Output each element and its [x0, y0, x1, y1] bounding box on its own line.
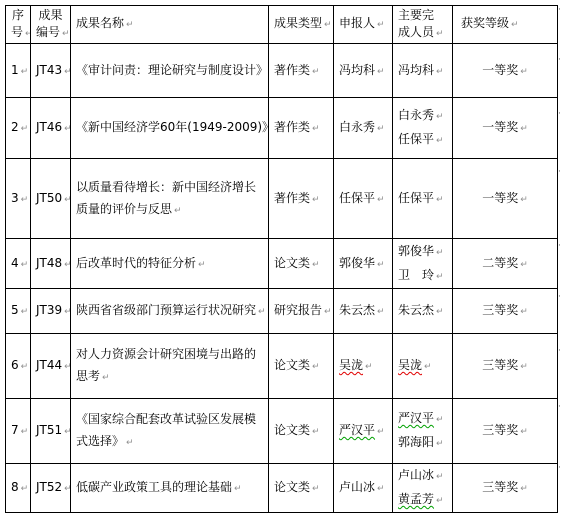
cell-code: JT50↵	[31, 159, 71, 239]
paragraph-mark-icon: ↵	[377, 484, 385, 494]
paragraph-mark-icon: ↵	[436, 67, 444, 77]
paragraph-mark-icon: ↵	[436, 136, 444, 146]
cell-name: 《新中国经济学60年(1949-2009)》↵	[71, 98, 269, 159]
header-row: 序 号↵ 成果 编号↵ 成果名称↵ 成果类型↵ 申报人↵ 主要完 成人员↵ 获奖…	[6, 6, 558, 44]
cell-award: 一等奖↵	[453, 98, 558, 159]
header-applicant: 申报人↵	[334, 6, 393, 44]
serial-text: 1	[11, 63, 19, 77]
paragraph-mark-icon: ↵	[324, 20, 332, 30]
name-text: 以质量看待增长：新中国经济增长	[76, 176, 263, 198]
paragraph-mark-icon: ↵	[436, 29, 444, 39]
paragraph-mark-icon: ↵	[377, 20, 385, 30]
cell-code: JT52↵	[31, 464, 71, 513]
applicant-text: 郭俊华	[339, 256, 375, 270]
paragraph-mark-icon: ↵	[234, 484, 242, 494]
paragraph-mark-icon: ↵	[312, 427, 320, 437]
name-text: 《国家综合配套改革试验区发展模	[76, 408, 263, 430]
paragraph-mark-icon: ↵	[126, 20, 134, 30]
paragraph-mark-icon: ↵	[520, 124, 528, 134]
header-text: 编号↵	[36, 24, 65, 43]
paragraph-mark-icon: ↵	[436, 472, 444, 482]
serial-text: 2	[11, 120, 19, 134]
paragraph-mark-icon: ↵	[102, 373, 110, 383]
completer-text: 任保平	[398, 191, 434, 205]
paragraph-mark-icon: ↵	[377, 260, 385, 270]
completer-text: 郭俊华	[398, 244, 434, 258]
paragraph-mark-icon: ↵	[21, 307, 29, 317]
type-text: 论文类	[274, 480, 310, 494]
code-text: JT44	[36, 358, 62, 372]
header-serial: 序 号↵	[6, 6, 31, 44]
award-text: 二等奖	[482, 256, 518, 270]
cell-serial: 1↵	[6, 44, 31, 98]
type-text: 著作类	[274, 120, 310, 134]
paragraph-mark-icon: ↵	[520, 362, 528, 372]
row-end-mark-icon: ·	[558, 349, 561, 353]
paragraph-mark-icon: ↵	[520, 427, 528, 437]
cell-award: 三等奖↵	[453, 399, 558, 464]
type-text: 著作类	[274, 63, 310, 77]
cell-name: 《国家综合配套改革试验区发展模 式选择》↵	[71, 399, 269, 464]
cell-completers: 任保平↵	[393, 159, 453, 239]
serial-text: 6	[11, 358, 19, 372]
serial-text: 7	[11, 423, 19, 437]
table-row: 1↵ JT43↵ 《审计问责：理论研究与制度设计》↵ 著作类↵ 冯均科↵ 冯均科…	[6, 44, 558, 98]
cell-serial: 8↵	[6, 464, 31, 513]
cell-type: 著作类↵	[269, 98, 334, 159]
applicant-text: 卢山冰	[339, 480, 375, 494]
completer-text: 任保平	[398, 132, 434, 146]
document-page: { "marks": { "paragraph": "↵", "row_end"…	[0, 0, 563, 515]
code-text: JT52	[36, 480, 62, 494]
name-text: 陕西省省级部门预算运行状况研究	[76, 303, 256, 317]
code-text: JT51	[36, 423, 62, 437]
cell-code: JT44↵	[31, 334, 71, 399]
cell-serial: 4↵	[6, 239, 31, 289]
cell-award: 一等奖↵	[453, 159, 558, 239]
table-row: 5↵ JT39↵ 陕西省省级部门预算运行状况研究↵ 研究报告↵ 朱云杰↵ 朱云杰…	[6, 289, 558, 334]
serial-text: 8	[11, 480, 19, 494]
cell-award: 二等奖↵	[453, 239, 558, 289]
cell-name: 陕西省省级部门预算运行状况研究↵	[71, 289, 269, 334]
paragraph-mark-icon: ↵	[424, 362, 432, 372]
serial-text: 3	[11, 191, 19, 205]
cell-serial: 7↵	[6, 399, 31, 464]
cell-name: 对人力资源会计研究困境与出路的 思考↵	[71, 334, 269, 399]
cell-code: JT39↵	[31, 289, 71, 334]
paragraph-mark-icon: ↵	[25, 29, 30, 39]
type-text: 著作类	[274, 191, 310, 205]
award-text: 三等奖	[482, 358, 518, 372]
paragraph-mark-icon: ↵	[436, 307, 444, 317]
cell-code: JT46↵	[31, 98, 71, 159]
completer-text: 卢山冰	[398, 468, 434, 482]
code-text: JT39	[36, 303, 62, 317]
cell-completers: 郭俊华↵ 卫 玲↵	[393, 239, 453, 289]
cell-code: JT48↵	[31, 239, 71, 289]
completer-text: 朱云杰	[398, 303, 434, 317]
header-text: 主要完	[398, 7, 447, 24]
completer-text: 白永秀	[398, 108, 434, 122]
paragraph-mark-icon: ↵	[258, 307, 266, 317]
paragraph-mark-icon: ↵	[520, 195, 528, 205]
cell-serial: 5↵	[6, 289, 31, 334]
cell-type: 论文类↵	[269, 239, 334, 289]
paragraph-mark-icon: ↵	[377, 427, 385, 437]
paragraph-mark-icon: ↵	[365, 362, 373, 372]
applicant-text-spellcheck: 吴泷	[339, 358, 363, 372]
name-text: 思考	[76, 369, 100, 383]
name-text: 《新中国经济学60年(1949-2009)》	[76, 120, 269, 134]
cell-completers: 白永秀↵ 任保平↵	[393, 98, 453, 159]
cell-type: 论文类↵	[269, 464, 334, 513]
table-row: 4↵ JT48↵ 后改革时代的特征分析↵ 论文类↵ 郭俊华↵ 郭俊华↵ 卫 玲↵…	[6, 239, 558, 289]
code-text: JT50	[36, 191, 62, 205]
paragraph-mark-icon: ↵	[312, 124, 320, 134]
applicant-text: 朱云杰	[339, 303, 375, 317]
applicant-text-grammarcheck: 严汉平	[339, 423, 375, 437]
table-row: 6↵ JT44↵ 对人力资源会计研究困境与出路的 思考↵ 论文类↵ 吴泷↵ 吴泷…	[6, 334, 558, 399]
award-text: 三等奖	[482, 480, 518, 494]
paragraph-mark-icon: ↵	[324, 307, 332, 317]
row-end-mark-icon: ·	[558, 170, 561, 174]
paragraph-mark-icon: ↵	[21, 362, 29, 372]
paragraph-mark-icon: ↵	[21, 195, 29, 205]
paragraph-mark-icon: ↵	[64, 195, 70, 205]
cell-completers: 朱云杰↵	[393, 289, 453, 334]
cell-completers: 吴泷↵	[393, 334, 453, 399]
name-text: 后改革时代的特征分析	[76, 256, 196, 270]
name-text: 质量的评价与反思	[76, 202, 172, 216]
paragraph-mark-icon: ↵	[520, 484, 528, 494]
type-text: 论文类	[274, 423, 310, 437]
cell-applicant: 严汉平↵	[334, 399, 393, 464]
code-text: JT43	[36, 63, 62, 77]
paragraph-mark-icon: ↵	[520, 67, 528, 77]
type-text: 研究报告	[274, 303, 322, 317]
paragraph-mark-icon: ↵	[62, 29, 70, 39]
completer-text: 冯均科	[398, 63, 434, 77]
paragraph-mark-icon: ↵	[312, 484, 320, 494]
cell-applicant: 任保平↵	[334, 159, 393, 239]
header-completers: 主要完 成人员↵	[393, 6, 453, 44]
header-text: 申报人↵	[339, 15, 387, 34]
cell-name: 低碳产业政策工具的理论基础↵	[71, 464, 269, 513]
paragraph-mark-icon: ↵	[198, 260, 206, 270]
paragraph-mark-icon: ↵	[520, 307, 528, 317]
code-text: JT46	[36, 120, 62, 134]
type-text: 论文类	[274, 358, 310, 372]
header-text: 成果名称↵	[76, 15, 263, 34]
cell-award: 三等奖↵	[453, 334, 558, 399]
header-text: 获奖等级↵	[461, 15, 552, 34]
header-text: 成人员↵	[398, 24, 447, 43]
cell-applicant: 吴泷↵	[334, 334, 393, 399]
row-end-mark-icon: ·	[558, 8, 561, 12]
paragraph-mark-icon: ↵	[64, 67, 70, 77]
cell-serial: 2↵	[6, 98, 31, 159]
cell-award: 三等奖↵	[453, 289, 558, 334]
paragraph-mark-icon: ↵	[312, 67, 320, 77]
paragraph-mark-icon: ↵	[377, 124, 385, 134]
applicant-text: 任保平	[339, 191, 375, 205]
completer-text-spellcheck: 吴泷	[398, 358, 422, 372]
paragraph-mark-icon: ↵	[377, 195, 385, 205]
paragraph-mark-icon: ↵	[21, 484, 29, 494]
award-text: 三等奖	[482, 303, 518, 317]
cell-name: 《审计问责：理论研究与制度设计》↵	[71, 44, 269, 98]
row-end-mark-icon: ·	[558, 405, 561, 409]
award-text: 一等奖	[482, 191, 518, 205]
paragraph-mark-icon: ↵	[64, 260, 70, 270]
paragraph-mark-icon: ↵	[174, 206, 182, 216]
cell-serial: 6↵	[6, 334, 31, 399]
header-text: 号↵	[11, 24, 25, 43]
paragraph-mark-icon: ↵	[436, 496, 444, 506]
cell-award: 三等奖↵	[453, 464, 558, 513]
paragraph-mark-icon: ↵	[377, 307, 385, 317]
award-text: 一等奖	[482, 63, 518, 77]
paragraph-mark-icon: ↵	[436, 272, 444, 282]
cell-applicant: 卢山冰↵	[334, 464, 393, 513]
header-text: 序	[11, 7, 25, 24]
cell-name: 以质量看待增长：新中国经济增长 质量的评价与反思↵	[71, 159, 269, 239]
cell-completers: 严汉平↵ 郭海阳↵	[393, 399, 453, 464]
header-text: 成果	[36, 7, 65, 24]
cell-type: 著作类↵	[269, 159, 334, 239]
cell-serial: 3↵	[6, 159, 31, 239]
cell-code: JT43↵	[31, 44, 71, 98]
header-name: 成果名称↵	[71, 6, 269, 44]
row-end-mark-icon: ·	[558, 466, 561, 470]
cell-type: 论文类↵	[269, 399, 334, 464]
table-row: 3↵ JT50↵ 以质量看待增长：新中国经济增长 质量的评价与反思↵ 著作类↵ …	[6, 159, 558, 239]
completer-text-grammarcheck: 严汉平	[398, 411, 434, 425]
name-text: 《审计问责：理论研究与制度设计》	[76, 63, 268, 77]
name-text: 对人力资源会计研究困境与出路的	[76, 343, 263, 365]
award-text: 三等奖	[482, 423, 518, 437]
row-end-mark-icon: ·	[558, 295, 561, 299]
table-row: 7↵ JT51↵ 《国家综合配套改革试验区发展模 式选择》↵ 论文类↵ 严汉平↵…	[6, 399, 558, 464]
award-text: 一等奖	[482, 120, 518, 134]
cell-applicant: 朱云杰↵	[334, 289, 393, 334]
paragraph-mark-icon: ↵	[511, 20, 519, 30]
row-end-mark-icon: ·	[558, 112, 561, 116]
awards-table: 序 号↵ 成果 编号↵ 成果名称↵ 成果类型↵ 申报人↵ 主要完 成人员↵ 获奖…	[5, 5, 558, 513]
header-award: 获奖等级↵	[453, 6, 558, 44]
paragraph-mark-icon: ↵	[126, 438, 134, 448]
applicant-text: 冯均科	[339, 63, 375, 77]
name-text: 式选择》	[76, 434, 124, 448]
header-code: 成果 编号↵	[31, 6, 71, 44]
code-text: JT48	[36, 256, 62, 270]
paragraph-mark-icon: ↵	[436, 248, 444, 258]
cell-completers: 卢山冰↵ 黄孟芳↵	[393, 464, 453, 513]
paragraph-mark-icon: ↵	[64, 307, 70, 317]
paragraph-mark-icon: ↵	[21, 124, 29, 134]
cell-award: 一等奖↵	[453, 44, 558, 98]
paragraph-mark-icon: ↵	[312, 195, 320, 205]
cell-code: JT51↵	[31, 399, 71, 464]
paragraph-mark-icon: ↵	[64, 427, 70, 437]
paragraph-mark-icon: ↵	[21, 427, 29, 437]
paragraph-mark-icon: ↵	[21, 260, 29, 270]
name-text: 低碳产业政策工具的理论基础	[76, 480, 232, 494]
row-end-mark-icon: ·	[558, 244, 561, 248]
serial-text: 4	[11, 256, 19, 270]
paragraph-mark-icon: ↵	[377, 67, 385, 77]
paragraph-mark-icon: ↵	[21, 67, 29, 77]
paragraph-mark-icon: ↵	[64, 124, 70, 134]
type-text: 论文类	[274, 256, 310, 270]
cell-type: 著作类↵	[269, 44, 334, 98]
cell-name: 后改革时代的特征分析↵	[71, 239, 269, 289]
row-end-mark-icon: ·	[558, 58, 561, 62]
cell-applicant: 冯均科↵	[334, 44, 393, 98]
cell-type: 研究报告↵	[269, 289, 334, 334]
cell-applicant: 郭俊华↵	[334, 239, 393, 289]
paragraph-mark-icon: ↵	[64, 484, 70, 494]
paragraph-mark-icon: ↵	[436, 415, 444, 425]
paragraph-mark-icon: ↵	[520, 260, 528, 270]
cell-applicant: 白永秀↵	[334, 98, 393, 159]
serial-text: 5	[11, 303, 19, 317]
header-text: 成果类型↵	[274, 15, 328, 34]
paragraph-mark-icon: ↵	[436, 112, 444, 122]
applicant-text: 白永秀	[339, 120, 375, 134]
paragraph-mark-icon: ↵	[436, 195, 444, 205]
header-type: 成果类型↵	[269, 6, 334, 44]
completer-text-grammarcheck: 黄孟芳	[398, 492, 434, 506]
cell-completers: 冯均科↵	[393, 44, 453, 98]
cell-type: 论文类↵	[269, 334, 334, 399]
paragraph-mark-icon: ↵	[64, 362, 70, 372]
table-row: 8↵ JT52↵ 低碳产业政策工具的理论基础↵ 论文类↵ 卢山冰↵ 卢山冰↵ 黄…	[6, 464, 558, 513]
paragraph-mark-icon: ↵	[312, 260, 320, 270]
paragraph-mark-icon: ↵	[312, 362, 320, 372]
completer-text: 郭海阳	[398, 435, 434, 449]
table-row: 2↵ JT46↵ 《新中国经济学60年(1949-2009)》↵ 著作类↵ 白永…	[6, 98, 558, 159]
completer-text: 卫 玲	[398, 268, 434, 282]
paragraph-mark-icon: ↵	[436, 439, 444, 449]
